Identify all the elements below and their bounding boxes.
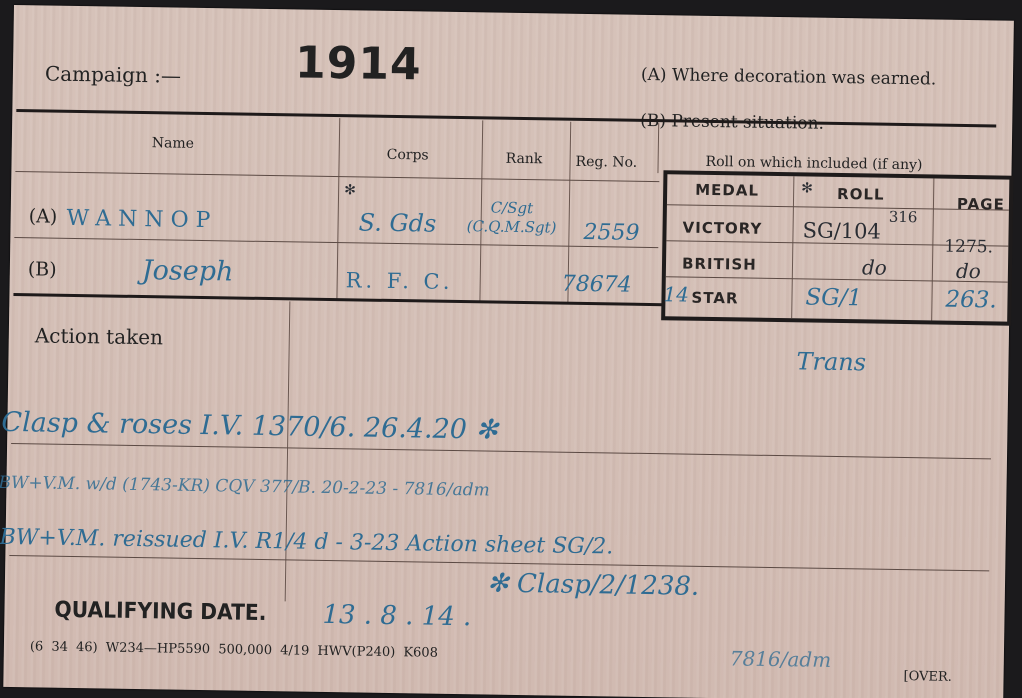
row-b-prefix: (B) — [28, 258, 57, 280]
reg-no-b: 78674 — [561, 272, 631, 298]
medal-col-divider — [791, 176, 794, 318]
corps-mark: ✻ — [344, 182, 356, 198]
medal-star: STAR — [691, 289, 738, 308]
col-divider-corps — [336, 118, 340, 300]
action-line-1: Clasp & roses I.V. 1370/6. 26.4.20 ✻ — [1, 407, 498, 446]
campaign-label: Campaign :— — [45, 61, 181, 87]
action-col-divider — [285, 301, 291, 601]
action-rule-1 — [11, 443, 991, 459]
legend-a: (A) Where decoration was earned. — [641, 65, 937, 90]
page-star: 263. — [945, 287, 997, 314]
corps-a: S. Gds — [358, 208, 436, 237]
action-line-4: ✻ Clasp/2/1238. — [487, 569, 700, 602]
column-header-corps: Corps — [387, 147, 429, 164]
star-prefix: 14 — [663, 282, 689, 306]
action-note-trans: Trans — [796, 347, 866, 376]
page-british: do — [956, 259, 981, 283]
action-taken-label: Action taken — [35, 323, 164, 349]
medal-header: MEDAL — [695, 181, 759, 200]
roll-star: SG/1 — [805, 284, 862, 311]
forename: Joseph — [142, 255, 234, 287]
page-col-divider — [931, 178, 934, 320]
roll-victory: SG/104 — [802, 218, 881, 243]
header-rule — [16, 109, 996, 127]
rank: C/Sgt (C.Q.M.Sgt) — [456, 198, 567, 238]
medal-index-card: Campaign :— 1914 (A) Where decoration wa… — [3, 5, 1014, 698]
print-imprint: (6 34 46) W234—HP5590 500,000 4/19 HWV(P… — [30, 639, 438, 660]
column-header-roll: Roll on which included (if any) — [705, 154, 922, 173]
roll-mark: ✻ — [801, 180, 813, 196]
campaign-year: 1914 — [295, 37, 422, 90]
action-line-2: BW+V.M. w/d (1743-KR) CQV 377/B. 20-2-23… — [0, 473, 490, 501]
surname: WANNOP — [66, 206, 217, 233]
corps-b: R. F. C. — [346, 268, 454, 294]
action-line-3: BW+V.M. reissued I.V. R1/4 d - 3-23 Acti… — [0, 525, 613, 560]
column-header-regno: Reg. No. — [575, 154, 637, 171]
column-header-name: Name — [152, 135, 194, 152]
medal-british: BRITISH — [682, 255, 757, 274]
row-a-prefix: (A) — [29, 205, 58, 227]
page-header: PAGE — [957, 195, 1005, 214]
page-victory: 1275. — [944, 237, 993, 258]
qualifying-date-label: QUALIFYING DATE. — [54, 598, 266, 626]
roll-british: do — [862, 255, 887, 279]
reg-no-a: 2559 — [583, 220, 639, 246]
over-label: [OVER. — [903, 669, 952, 685]
column-header-rank: Rank — [506, 151, 543, 168]
bottom-note: 7816/adm — [730, 646, 832, 672]
roll-victory-note: 316 — [889, 208, 918, 226]
medal-roll-box: MEDAL ✻ ROLL PAGE VICTORY SG/104 316 127… — [661, 170, 1013, 325]
qualifying-date-value: 13 . 8 . 14 . — [322, 600, 471, 632]
roll-header: ROLL — [837, 185, 885, 204]
medal-victory: VICTORY — [682, 219, 762, 238]
col-divider-roll — [657, 123, 659, 173]
